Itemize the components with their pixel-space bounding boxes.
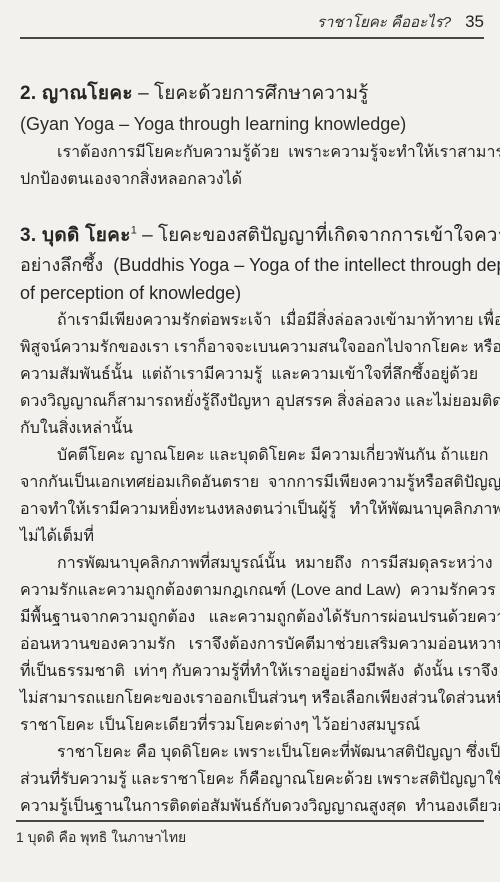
header-rule	[20, 37, 484, 39]
text-line: ส่วนที่รับความรู้ และราชาโยคะ ก็คือญาณโย…	[20, 766, 484, 793]
section-buddhi-yoga: 3. บุดดิ โยคะ1 – โยคะของสติปัญญาที่เกิดจ…	[20, 221, 484, 820]
section-heading-rest: – โยคะด้วยการศึกษาความรู้	[133, 83, 368, 104]
paragraph: ราชาโยคะ คือ บุดดิโยคะ เพราะเป็นโยคะที่พ…	[20, 739, 484, 820]
text-line: ถ้าเรามีเพียงความรักต่อพระเจ้า เมื่อมีสิ…	[20, 307, 484, 334]
text-line: ปกป้องตนเองจากสิ่งหลอกลวงได้	[20, 166, 484, 193]
text-line: ความสัมพันธ์นั้น แต่ถ้าเรามีความรู้ และค…	[20, 361, 484, 388]
section-gyan-yoga: 2. ญาณโยคะ – โยคะด้วยการศึกษาความรู้ (Gy…	[20, 79, 484, 193]
text-line: ที่เป็นธรรมชาติ เท่าๆ กับความรู้ที่ทำให้…	[20, 658, 484, 685]
paragraph: การพัฒนาบุคลิกภาพที่สมบูรณ์นั้น หมายถึง …	[20, 550, 484, 739]
text-line: อาจทำให้เรามีความหยิ่งทะนงหลงตนว่าเป็นผู…	[20, 496, 484, 523]
text-line: ความรู้เป็นฐานในการติดต่อสัมพันธ์กับดวงว…	[20, 793, 484, 820]
text-line: จากกันเป็นเอกเทศย่อมเกิดอันตราย จากการมี…	[20, 469, 484, 496]
text-line: ไม่สามารถแยกโยคะของเราออกเป็นส่วนๆ หรือเ…	[20, 685, 484, 712]
footnote-area: 1 บุดดิ คือ พุทธิ ในภาษาไทย	[16, 820, 484, 850]
section-number-title: 2. ญาณโยคะ	[20, 83, 133, 104]
text-line: ราชาโยคะ เป็นโยคะเดียวที่รวมโยคะต่างๆ ไว…	[20, 712, 484, 739]
text-line: พิสูจน์ความรักของเรา เราก็อาจจะเบนความสน…	[20, 334, 484, 361]
book-page: ราชาโยคะ คืออะไร?35 2. ญาณโยคะ – โยคะด้ว…	[0, 0, 500, 882]
page-number: 35	[465, 12, 484, 31]
section-heading-english: (Gyan Yoga – Yoga through learning knowl…	[20, 109, 484, 139]
text-line: อ่อนหวานของความรัก เราจึงต้องการบัคตีมาช…	[20, 631, 484, 658]
text-line: ความรักและความถูกต้องตามกฎเกณฑ์ (Love an…	[20, 577, 484, 604]
text-line: การพัฒนาบุคลิกภาพที่สมบูรณ์นั้น หมายถึง …	[20, 550, 484, 577]
footnote-text: 1 บุดดิ คือ พุทธิ ในภาษาไทย	[16, 822, 484, 850]
text-line: กับในสิ่งเหล่านั้น	[20, 415, 484, 442]
section-heading-english: of perception of knowledge)	[20, 279, 484, 307]
paragraph: ถ้าเรามีเพียงความรักต่อพระเจ้า เมื่อมีสิ…	[20, 307, 484, 442]
section-heading: 2. ญาณโยคะ – โยคะด้วยการศึกษาความรู้	[20, 79, 484, 109]
section-heading-rest: – โยคะของสติปัญญาที่เกิดจากการเข้าใจความ…	[137, 225, 500, 246]
text-line: มีพื้นฐานจากความถูกต้อง และความถูกต้องได…	[20, 604, 484, 631]
page-header: ราชาโยคะ คืออะไร?35	[20, 0, 484, 34]
running-head-title: ราชาโยคะ คืออะไร?	[317, 14, 451, 31]
text-line: ไม่ได้เต็มที่	[20, 523, 484, 550]
section-heading-line2: อย่างลึกซึ้ง (Buddhis Yoga – Yoga of the…	[20, 251, 484, 279]
section-number-title: 3. บุดดิ โยคะ	[20, 225, 131, 246]
text-line: ดวงวิญญาณก็สามารถหยั่งรู้ถึงปัญหา อุปสรร…	[20, 388, 484, 415]
section-heading: 3. บุดดิ โยคะ1 – โยคะของสติปัญญาที่เกิดจ…	[20, 221, 484, 251]
text-line: บัคตีโยคะ ญาณโยคะ และบุดดิโยคะ มีความเกี…	[20, 442, 484, 469]
paragraph: บัคตีโยคะ ญาณโยคะ และบุดดิโยคะ มีความเกี…	[20, 442, 484, 550]
text-line: เราต้องการมีโยคะกับความรู้ด้วย เพราะความ…	[20, 139, 484, 166]
text-line: ราชาโยคะ คือ บุดดิโยคะ เพราะเป็นโยคะที่พ…	[20, 739, 484, 766]
